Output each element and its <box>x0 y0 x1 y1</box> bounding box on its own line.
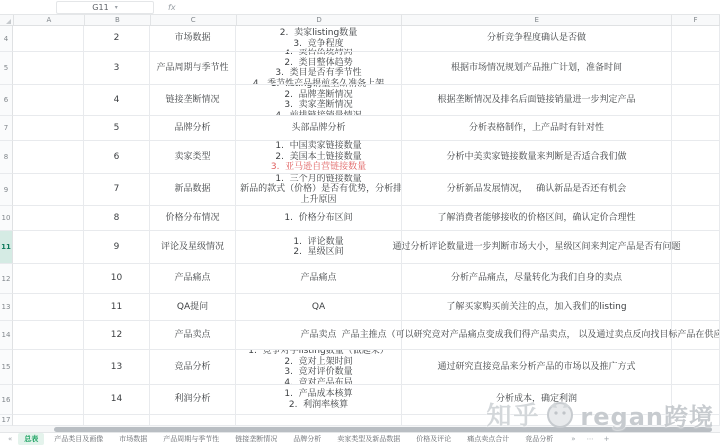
cell-line: 2. 美国本土链接数量 <box>275 152 361 163</box>
cell-line: 2. 类目整体趋势 <box>284 58 352 69</box>
cell-B10[interactable]: 8 <box>84 206 150 231</box>
cell-text: 分析中美卖家链接数量来判断是否适合我们做 <box>446 152 626 163</box>
cell-C9[interactable]: 新品数据 <box>150 174 236 206</box>
cell-C11[interactable]: 评论及星级情况 <box>150 231 236 264</box>
cell-F6[interactable] <box>672 85 720 116</box>
cell-E6[interactable]: 根据垄断情况及排名后面链接销量进一步判定产品 <box>402 85 672 116</box>
table-row: 97新品数据1. 三个月的链接数量2. 新品的款式（价格）是否有优势，分析排名上… <box>0 174 720 206</box>
cell-D13[interactable]: QA <box>236 294 402 321</box>
cell-line: 上升原因 <box>300 195 336 206</box>
row-header-14[interactable]: 14 <box>0 321 13 350</box>
cell-text: 评论及星级情况 <box>161 242 224 253</box>
cell-text: 根据垄断情况及排名后面链接销量进一步判定产品 <box>437 95 635 106</box>
cell-line: QA <box>312 302 325 313</box>
sheet-tab-5[interactable]: 品牌分析 <box>287 433 327 445</box>
cell-line: 2. 星级区间 <box>293 247 343 258</box>
cell-text: 新品数据 <box>174 184 210 195</box>
cell-text: 分析表格制作，上产品时有针对性 <box>469 123 604 134</box>
cell-line: 3. 亚马逊自营链接数量 <box>271 162 366 173</box>
cell-D17[interactable] <box>236 415 402 426</box>
cell-text: 竞品分析 <box>174 362 210 373</box>
cell-text: 品牌分析 <box>174 123 210 134</box>
cell-E5[interactable]: 根据市场情况规划产品推广计划，准备时间 <box>402 52 672 85</box>
cell-line: 3. 类目是否有季节性 <box>275 68 361 79</box>
cell-F4[interactable] <box>672 26 720 52</box>
cell-C16[interactable]: 利润分析 <box>150 385 236 415</box>
cell-C6[interactable]: 链接垄断情况 <box>150 85 236 116</box>
cell-line: 2. 品牌垄断情况 <box>284 90 352 101</box>
cell-E16[interactable]: 分析成本，确定利润 <box>402 385 672 415</box>
cell-F17[interactable] <box>672 415 720 426</box>
cell-A7[interactable] <box>13 116 84 141</box>
cell-text: QA提问 <box>177 302 208 313</box>
table-row: 1210产品痛点产品痛点分析产品痛点，尽量转化为我们自身的卖点 <box>0 264 720 294</box>
cell-D10[interactable]: 1. 价格分布区间 <box>236 206 402 231</box>
cell-D4[interactable]: 1. 市场容量2. 卖家listing数量3. 竞争程度4. 平均价格情况 <box>236 26 402 52</box>
cell-E10[interactable]: 了解消费者能够接收的价格区间，确认定价合理性 <box>402 206 672 231</box>
sheet-tab-8[interactable]: 痛点卖点合计 <box>461 433 515 445</box>
cell-E8[interactable]: 分析中美卖家链接数量来判断是否适合我们做 <box>402 141 672 174</box>
column-header-B[interactable]: B <box>85 15 151 25</box>
sheet-tab-3[interactable]: 产品周期与季节性 <box>157 433 225 445</box>
column-header-F[interactable]: F <box>672 15 720 25</box>
cell-text: 卖家类型 <box>174 152 210 163</box>
table-row: 1311QA提问QA了解买家购买前关注的点，加入我们的listing <box>0 294 720 321</box>
cell-text: 产品痛点 <box>174 273 210 284</box>
cell-B14[interactable]: 12 <box>84 321 150 350</box>
cell-text: 通过研究直接竞品来分析产品的市场以及推广方式 <box>437 362 635 373</box>
formula-bar: G11 ▾ fx <box>0 0 720 15</box>
cell-F16[interactable] <box>672 385 720 415</box>
chevron-down-icon[interactable]: ▾ <box>115 4 118 11</box>
cell-E12[interactable]: 分析产品痛点，尽量转化为我们自身的卖点 <box>402 264 672 294</box>
cell-F10[interactable] <box>672 206 720 231</box>
column-header-C[interactable]: C <box>151 15 237 25</box>
cell-text: 通过分析评论数量进一步判断市场大小，星级区间来判定产品是否有问题 <box>393 242 681 253</box>
cell-line: 头部品牌分析 <box>291 123 345 134</box>
sheet-tabs: 总表产品类目及画像市场数据产品周期与季节性链接垄断情况品牌分析卖家类型及新品数据… <box>18 433 563 445</box>
cell-E14[interactable]: 产品主推点（可以研究竞对产品痛点变成我们得产品卖点， 以及通过卖点反向找目标产品… <box>402 321 672 350</box>
cell-line: 1. 评论数量 <box>293 237 343 248</box>
cell-B11[interactable]: 9 <box>84 231 150 264</box>
sheet-tab-bar: « 总表产品类目及画像市场数据产品周期与季节性链接垄断情况品牌分析卖家类型及新品… <box>0 432 720 445</box>
sheet-tab-9[interactable]: 竞品分析 <box>519 433 559 445</box>
cell-line: 1. 中国卖家链接数量 <box>275 141 361 152</box>
cell-line: 产品卖点 <box>300 330 336 341</box>
cell-line: 3. 竞争程度 <box>293 39 343 50</box>
cell-line: 3. 卖家垄断情况 <box>284 100 352 111</box>
row-header-7[interactable]: 7 <box>0 116 13 141</box>
table-row: 53产品周期与季节性1. 类目出现时间2. 类目整体趋势3. 类目是否有季节性4… <box>0 52 720 85</box>
cell-line: 2. 利润率核算 <box>289 400 348 411</box>
cell-B4[interactable]: 2 <box>84 26 150 52</box>
cell-F15[interactable] <box>672 350 720 385</box>
cell-F14[interactable] <box>672 321 720 350</box>
cell-E13[interactable]: 了解买家购买前关注的点，加入我们的listing <box>402 294 672 321</box>
cell-C12[interactable]: 产品痛点 <box>150 264 236 294</box>
row-header-12[interactable]: 12 <box>0 264 13 294</box>
cell-E15[interactable]: 通过研究直接竞品来分析产品的市场以及推广方式 <box>402 350 672 385</box>
cell-B12[interactable]: 10 <box>84 264 150 294</box>
cell-A17[interactable] <box>13 415 84 426</box>
cell-B13[interactable]: 11 <box>84 294 150 321</box>
cell-F9[interactable] <box>672 174 720 206</box>
cell-A14[interactable] <box>13 321 84 350</box>
cell-text: 分析新品发展情况， 确认新品是否还有机会 <box>447 184 627 195</box>
cell-text: 产品周期与季节性 <box>156 63 228 74</box>
prev-sheets-icon[interactable]: « <box>8 435 12 443</box>
row-header-9[interactable]: 9 <box>0 174 13 206</box>
cell-line: 2. 新品的款式（价格）是否有优势，分析排名 <box>236 184 402 195</box>
cell-line: 2. 竞对上架时间 <box>284 357 352 368</box>
row-header-11[interactable]: 11 <box>0 231 13 264</box>
sheet-tab-4[interactable]: 链接垄断情况 <box>229 433 283 445</box>
cell-F7[interactable] <box>672 116 720 141</box>
sheet-tab-0[interactable]: 总表 <box>18 433 44 445</box>
column-header-E[interactable]: E <box>402 15 672 25</box>
row-header-5[interactable]: 5 <box>0 52 13 85</box>
cell-F5[interactable] <box>672 52 720 85</box>
cell-text: 分析产品痛点，尽量转化为我们自身的卖点 <box>451 273 622 284</box>
table-row: 86卖家类型1. 中国卖家链接数量2. 美国本土链接数量3. 亚马逊自营链接数量… <box>0 141 720 174</box>
row-header-17[interactable]: 17 <box>0 415 13 426</box>
table-row: 17 <box>0 415 720 426</box>
cell-C10[interactable]: 价格分布情况 <box>150 206 236 231</box>
cell-A4[interactable] <box>13 26 84 52</box>
table-row: 108价格分布情况1. 价格分布区间了解消费者能够接收的价格区间，确认定价合理性 <box>0 206 720 231</box>
cell-D11[interactable]: 1. 评论数量2. 星级区间 <box>236 231 402 264</box>
cell-B5[interactable]: 3 <box>84 52 150 85</box>
cell-B16[interactable]: 14 <box>84 385 150 415</box>
cell-text: 了解买家购买前关注的点，加入我们的listing <box>446 302 626 313</box>
cell-line: 1. 三个月的链接数量 <box>275 174 361 184</box>
sheet-tab-7[interactable]: 价格及评论 <box>410 433 457 445</box>
cell-B17[interactable] <box>84 415 150 426</box>
cell-A11[interactable] <box>13 231 84 264</box>
cell-A5[interactable] <box>13 52 84 85</box>
table-row: 1614利润分析1. 产品成本核算2. 利润率核算分析成本，确定利润 <box>0 385 720 415</box>
column-header-A[interactable]: A <box>14 15 85 25</box>
formula-input[interactable] <box>176 0 720 14</box>
cell-text: 产品主推点（可以研究竞对产品痛点变成我们得产品卖点， 以及通过卖点反向找目标产品… <box>342 330 720 341</box>
cell-E7[interactable]: 分析表格制作，上产品时有针对性 <box>402 116 672 141</box>
row-header-15[interactable]: 15 <box>0 350 13 385</box>
cell-F12[interactable] <box>672 264 720 294</box>
cell-D5[interactable]: 1. 类目出现时间2. 类目整体趋势3. 类目是否有季节性4. 季节性产品提前多… <box>236 52 402 85</box>
next-sheets-icon[interactable]: » <box>571 435 575 443</box>
cell-text: 了解消费者能够接收的价格区间，确认定价合理性 <box>437 213 635 224</box>
cell-text: 根据市场情况规划产品推广计划，准备时间 <box>451 63 622 74</box>
cell-B9[interactable]: 7 <box>84 174 150 206</box>
cell-C4[interactable]: 市场数据 <box>150 26 236 52</box>
row-header-6[interactable]: 6 <box>0 85 13 116</box>
cell-D16[interactable]: 1. 产品成本核算2. 利润率核算 <box>236 385 402 415</box>
cell-C17[interactable] <box>150 415 236 426</box>
cell-C13[interactable]: QA提问 <box>150 294 236 321</box>
cell-D8[interactable]: 1. 中国卖家链接数量2. 美国本土链接数量3. 亚马逊自营链接数量 <box>236 141 402 174</box>
row-header-8[interactable]: 8 <box>0 141 13 174</box>
cell-A6[interactable] <box>13 85 84 116</box>
cell-E11[interactable]: 通过分析评论数量进一步判断市场大小，星级区间来判定产品是否有问题 <box>402 231 672 264</box>
cell-line: 2. 卖家listing数量 <box>280 28 357 39</box>
spreadsheet-grid: 42市场数据1. 市场容量2. 卖家listing数量3. 竞争程度4. 平均价… <box>0 26 720 426</box>
name-box-value: G11 <box>92 3 108 12</box>
cell-C7[interactable]: 品牌分析 <box>150 116 236 141</box>
cell-D12[interactable]: 产品痛点 <box>236 264 402 294</box>
more-sheets-icon[interactable]: ⋯ <box>587 435 594 443</box>
cell-text: 产品卖点 <box>174 330 210 341</box>
cell-D9[interactable]: 1. 三个月的链接数量2. 新品的款式（价格）是否有优势，分析排名上升原因 <box>236 174 402 206</box>
sheet-tab-2[interactable]: 市场数据 <box>113 433 153 445</box>
cell-text: 链接垄断情况 <box>165 95 219 106</box>
row-header-10[interactable]: 10 <box>0 206 13 231</box>
cell-D7[interactable]: 头部品牌分析 <box>236 116 402 141</box>
cell-D15[interactable]: 1. 竞争对手listing数量（做起来）2. 竞对上架时间3. 竞对评价数量4… <box>236 350 402 385</box>
cell-E4[interactable]: 分析竞争程度确认是否做 <box>402 26 672 52</box>
cell-A13[interactable] <box>13 294 84 321</box>
row-header-13[interactable]: 13 <box>0 294 13 321</box>
cell-C14[interactable]: 产品卖点 <box>150 321 236 350</box>
table-row: 75品牌分析头部品牌分析分析表格制作，上产品时有针对性 <box>0 116 720 141</box>
cell-D6[interactable]: 1. listing销量垄断情况2. 品牌垄断情况3. 卖家垄断情况4. 前排链… <box>236 85 402 116</box>
cell-text: 价格分布情况 <box>165 213 219 224</box>
select-all-corner[interactable] <box>0 15 14 25</box>
cell-E17[interactable] <box>402 415 672 426</box>
table-row: 1513竞品分析1. 竞争对手listing数量（做起来）2. 竞对上架时间3.… <box>0 350 720 385</box>
cell-A15[interactable] <box>13 350 84 385</box>
table-row: 1412产品卖点产品卖点产品主推点（可以研究竞对产品痛点变成我们得产品卖点， 以… <box>0 321 720 350</box>
table-row: 64链接垄断情况1. listing销量垄断情况2. 品牌垄断情况3. 卖家垄断… <box>0 85 720 116</box>
add-sheet-icon[interactable]: + <box>604 435 610 443</box>
cell-line: 1. 产品成本核算 <box>284 389 352 400</box>
cell-C15[interactable]: 竞品分析 <box>150 350 236 385</box>
sheet-tab-6[interactable]: 卖家类型及新品数据 <box>331 433 406 445</box>
cell-F8[interactable] <box>672 141 720 174</box>
cell-C5[interactable]: 产品周期与季节性 <box>150 52 236 85</box>
cell-A12[interactable] <box>13 264 84 294</box>
cell-A16[interactable] <box>13 385 84 415</box>
cell-text: 市场数据 <box>174 33 210 44</box>
cell-text: 利润分析 <box>174 394 210 405</box>
cell-line: 产品痛点 <box>300 273 336 284</box>
column-header-D[interactable]: D <box>237 15 403 25</box>
cell-text: 分析成本，确定利润 <box>496 394 577 405</box>
cell-line: 1. 价格分布区间 <box>284 213 352 224</box>
cell-B7[interactable]: 5 <box>84 116 150 141</box>
cell-line: 3. 竞对评价数量 <box>284 367 352 378</box>
row-header-16[interactable]: 16 <box>0 385 13 415</box>
cell-B8[interactable]: 6 <box>84 141 150 174</box>
table-row: 42市场数据1. 市场容量2. 卖家listing数量3. 竞争程度4. 平均价… <box>0 26 720 52</box>
cell-line: 4. 竞对产品布局 <box>284 378 352 386</box>
sheet-tab-1[interactable]: 产品类目及画像 <box>48 433 109 445</box>
cell-E9[interactable]: 分析新品发展情况， 确认新品是否还有机会 <box>402 174 672 206</box>
cell-A8[interactable] <box>13 141 84 174</box>
cell-A9[interactable] <box>13 174 84 206</box>
column-headers: ABCDEF <box>0 15 720 26</box>
name-box[interactable]: G11 ▾ <box>56 1 154 14</box>
cell-C8[interactable]: 卖家类型 <box>150 141 236 174</box>
cell-F11[interactable] <box>672 231 720 264</box>
cell-B15[interactable]: 13 <box>84 350 150 385</box>
table-row: 119评论及星级情况1. 评论数量2. 星级区间通过分析评论数量进一步判断市场大… <box>0 231 720 264</box>
cell-F13[interactable] <box>672 294 720 321</box>
row-header-4[interactable]: 4 <box>0 26 13 52</box>
cell-text: 分析竞争程度确认是否做 <box>487 33 586 44</box>
cell-A10[interactable] <box>13 206 84 231</box>
cell-B6[interactable]: 4 <box>84 85 150 116</box>
fx-icon[interactable]: fx <box>168 3 176 12</box>
